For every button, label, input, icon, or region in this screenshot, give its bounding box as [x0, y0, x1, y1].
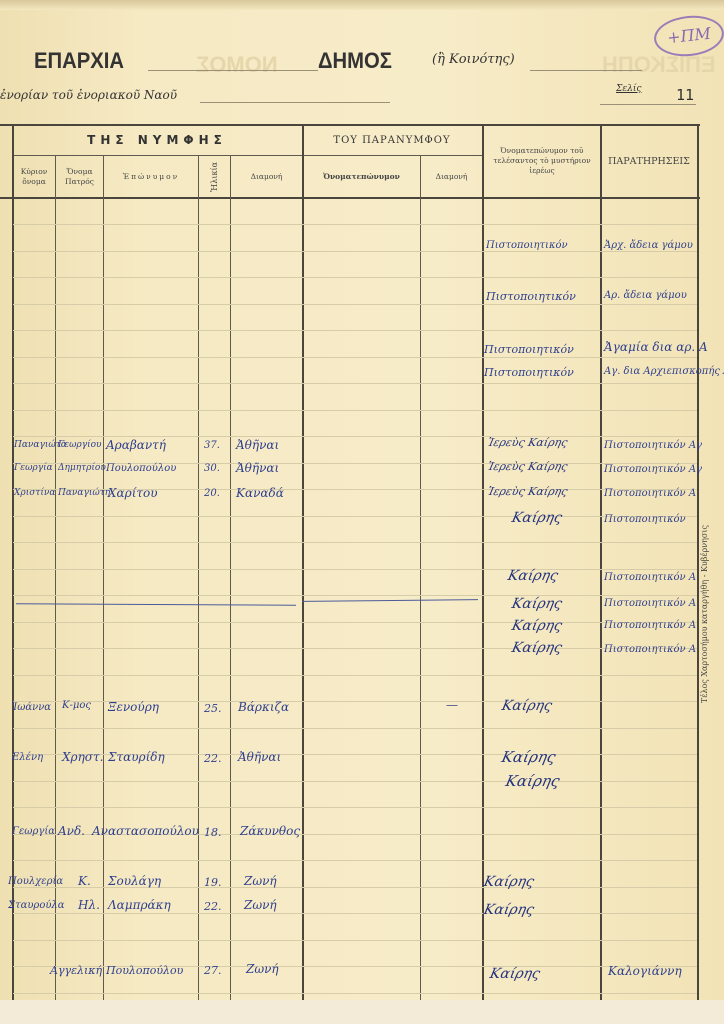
dimos-underline	[530, 70, 642, 71]
remarks-entry: Πιστοποιητικόν	[604, 514, 686, 525]
bride-first-name: Γεωργία	[14, 463, 53, 473]
row-ruling	[13, 516, 697, 517]
table-left-border	[12, 124, 14, 1004]
bride-father-name: Χρηστ.	[62, 750, 103, 764]
bride-age: 37.	[204, 440, 220, 451]
remarks-entry: Πιστοποιητικόν Αγ	[604, 464, 702, 475]
bride-age: 19.	[204, 876, 222, 889]
remarks-entry: Πιστοποιητικόν Αγ	[604, 440, 702, 451]
bride-age: 30.	[204, 463, 220, 474]
remarks-entry: Πιστοποιητικόν Α	[604, 572, 696, 583]
bride-first-name: Ἰωάννα	[12, 702, 51, 713]
officiant-signature: Καίρης	[506, 568, 559, 584]
col-header-best-man-residence: Διαμονή	[421, 156, 482, 197]
remarks-entry: Ἀρχ. ἄδεια γάμου	[604, 240, 693, 251]
row-ruling	[13, 304, 697, 305]
bride-first-name: Χριστίνα	[14, 488, 55, 498]
col-divider	[198, 155, 199, 1004]
col-divider	[302, 124, 304, 1004]
officiant-signature: Ἱερεὺς Καίρης	[487, 485, 569, 498]
row-ruling	[13, 224, 697, 225]
bride-surname: Ξενούρη	[108, 700, 159, 714]
col-header-age-text: Ἡλικία	[210, 162, 220, 192]
officiant-signature: Καίρης	[510, 618, 563, 634]
bride-first-name: Ελένη	[12, 752, 43, 763]
row-ruling	[13, 648, 697, 649]
officiant-entry: Πιστοποιητικόν	[484, 343, 574, 356]
bride-group-header: ΤΗΣ ΝΥΜΦΗΣ	[12, 125, 302, 155]
col-divider	[420, 155, 421, 1004]
bride-residence: Ζωνή	[244, 874, 277, 888]
page-underline	[600, 104, 696, 105]
col-divider	[482, 124, 484, 1004]
row-ruling	[13, 436, 697, 437]
dimos-suffix: (ἢ Κοινότης)	[432, 52, 515, 67]
row-ruling	[13, 940, 697, 941]
row-ruling	[13, 330, 697, 331]
row-ruling	[13, 542, 697, 543]
col-divider	[600, 124, 602, 1004]
col-header-remarks: ΠΑΡΑΤΗΡΗΣΕΙΣ	[601, 125, 697, 197]
bride-father-name: Παναγιώτη	[58, 488, 110, 498]
remarks-entry: Ἀγαμία δια αρ. Α	[604, 340, 708, 354]
row-ruling	[13, 569, 697, 570]
bride-age: 22.	[204, 900, 222, 913]
officiant-entry: Πιστοποιητικόν	[486, 290, 576, 303]
row-ruling	[13, 410, 697, 411]
bride-age: 20.	[204, 488, 220, 499]
bride-father-name: Αγγελική	[50, 964, 102, 977]
row-ruling	[13, 807, 697, 808]
officiant-signature: Καίρης	[500, 748, 557, 766]
col-header-best-man-name: Ὀνοματεπώνυμον	[303, 156, 420, 197]
col-header-residence: Διαμονή	[231, 156, 302, 197]
row-ruling	[13, 675, 697, 676]
remarks-entry: Πιστοποιητικόν Α	[604, 488, 696, 499]
bride-first-name: Γεωργία	[12, 826, 55, 837]
bride-surname: Αραβαντή	[106, 438, 166, 452]
bride-surname: Πουλοπούλου	[106, 964, 183, 977]
bride-residence: Καναδά	[236, 486, 284, 500]
parish-label: ἐνορίαν τοῦ ἐνοριακοῦ Ναοῦ	[0, 88, 177, 102]
header-bottom-border	[0, 197, 700, 199]
officiant-signature: Καίρης	[504, 772, 561, 790]
bride-age: 22.	[204, 752, 222, 765]
remarks-entry: Πιστοποιητικόν Α	[604, 598, 696, 609]
col-header-first-name: Κύριον ὄνομα	[13, 156, 55, 197]
bride-residence: Ἀθῆναι	[238, 750, 281, 764]
bride-age: 27.	[204, 964, 222, 977]
bleed-through-text: ΕΠΙΣΚΟΠΗ	[602, 52, 716, 78]
bride-surname: Σουλάγη	[108, 874, 161, 888]
page-number: 11	[676, 86, 694, 104]
bride-surname: Πουλοπούλου	[106, 463, 176, 474]
row-ruling	[13, 383, 697, 384]
bride-surname: Αναστασοπούλου	[92, 824, 199, 838]
remarks-entry: Καλογιάννη	[608, 964, 682, 978]
register-page: ΝΟΜΟΣ ΕΠΙΣΚΟΠΗ ΕΠΑΡΧΙΑ ΔΗΜΟΣ (ἢ Κοινότης…	[0, 0, 724, 1024]
bride-residence: Ἀθῆναι	[236, 438, 279, 452]
row-ruling	[13, 357, 697, 358]
remarks-entry: Πιστοποιητικόν Α	[604, 644, 696, 655]
bride-residence: Ζωνή	[246, 962, 279, 976]
bride-father-name: Γεωργίου	[58, 440, 102, 450]
row-ruling	[13, 860, 697, 861]
col-header-father-name: Ὄνομα Πατρός	[56, 156, 103, 197]
bleed-through-text: ΝΟΜΟΣ	[196, 52, 278, 78]
remarks-entry: Αρ. ἄδεια γάμου	[604, 290, 687, 301]
bride-first-name: Πουλχερία	[8, 876, 63, 887]
col-header-age: Ἡλικία	[199, 156, 230, 197]
bride-father-name: Δημητρίου	[58, 463, 106, 473]
col-divider	[103, 155, 104, 1004]
side-margin-note: Τέλος Χαρτοσήμου καταργήθη - Κυβέρνησις	[700, 525, 709, 703]
officiant-signature: Καίρης	[510, 596, 563, 612]
dimos-label: ΔΗΜΟΣ	[318, 48, 392, 74]
bride-father-name: Κ.	[78, 874, 91, 888]
page-top-shadow	[0, 0, 724, 10]
best-man-group-header: ΤΟΥ ΠΑΡΑΝΥΜΦΟΥ	[302, 125, 482, 155]
col-header-officiant: Ὀνοματεπώνυμον τοῦ τελέσαντος τὸ μυστήρι…	[484, 125, 600, 197]
officiant-signature: Καίρης	[482, 874, 535, 890]
bride-first-name: Σταυρούλα	[8, 900, 65, 911]
row-ruling	[13, 251, 697, 252]
officiant-signature: Καίρης	[488, 966, 541, 982]
bride-residence: Βάρκιζα	[238, 700, 289, 714]
officiant-signature: Καίρης	[510, 640, 563, 656]
remarks-entry: Αγ. δια Αρχιεπισκοπής Αθηνών	[604, 366, 724, 377]
row-ruling	[13, 595, 697, 596]
officiant-entry: Πιστοποιητικόν	[484, 366, 574, 379]
officiant-signature: Ἱερεὺς Καίρης	[487, 436, 569, 449]
eparchia-underline	[148, 70, 318, 71]
officiant-signature: Καίρης	[500, 698, 553, 714]
officiant-signature: Καίρης	[510, 510, 563, 526]
bride-age: 18.	[204, 826, 222, 839]
page-bottom-edge	[0, 1000, 724, 1024]
bride-surname: Σταυρίδη	[108, 750, 165, 764]
remarks-entry: Πιστοποιητικόν Α	[604, 620, 696, 631]
col-divider	[230, 155, 231, 1004]
strike-line	[16, 603, 296, 605]
row-ruling	[13, 728, 697, 729]
page-label: Σελίς	[616, 84, 641, 94]
officiant-entry: Πιστοποιητικόν	[486, 240, 568, 251]
bride-surname: Χαρίτου	[108, 486, 158, 500]
bride-father-name: Ηλ.	[78, 898, 100, 912]
bride-residence: Ἀθῆναι	[236, 461, 279, 475]
bride-residence: Ζάκυνθος	[240, 824, 300, 838]
bride-residence: Ζωνή	[244, 898, 277, 912]
bride-father-name: Ανδ.	[58, 824, 85, 838]
bride-age: 25.	[204, 702, 222, 715]
eparchia-label: ΕΠΑΡΧΙΑ	[34, 48, 124, 74]
officiant-signature: Ἱερεὺς Καίρης	[487, 460, 569, 473]
row-ruling	[13, 622, 697, 623]
strike-line	[302, 599, 478, 602]
row-ruling	[13, 913, 697, 914]
row-ruling	[13, 993, 697, 994]
bride-surname: Λαμπράκη	[108, 898, 171, 912]
table-right-border	[697, 124, 699, 1004]
col-header-surname: Ἐπώνυμον	[104, 156, 198, 197]
row-ruling	[13, 781, 697, 782]
best-man-name: —	[446, 698, 458, 712]
officiant-signature: Καίρης	[482, 902, 535, 918]
parish-underline	[200, 102, 390, 103]
row-ruling	[13, 277, 697, 278]
bride-father-name: Κ-μος	[62, 700, 91, 711]
